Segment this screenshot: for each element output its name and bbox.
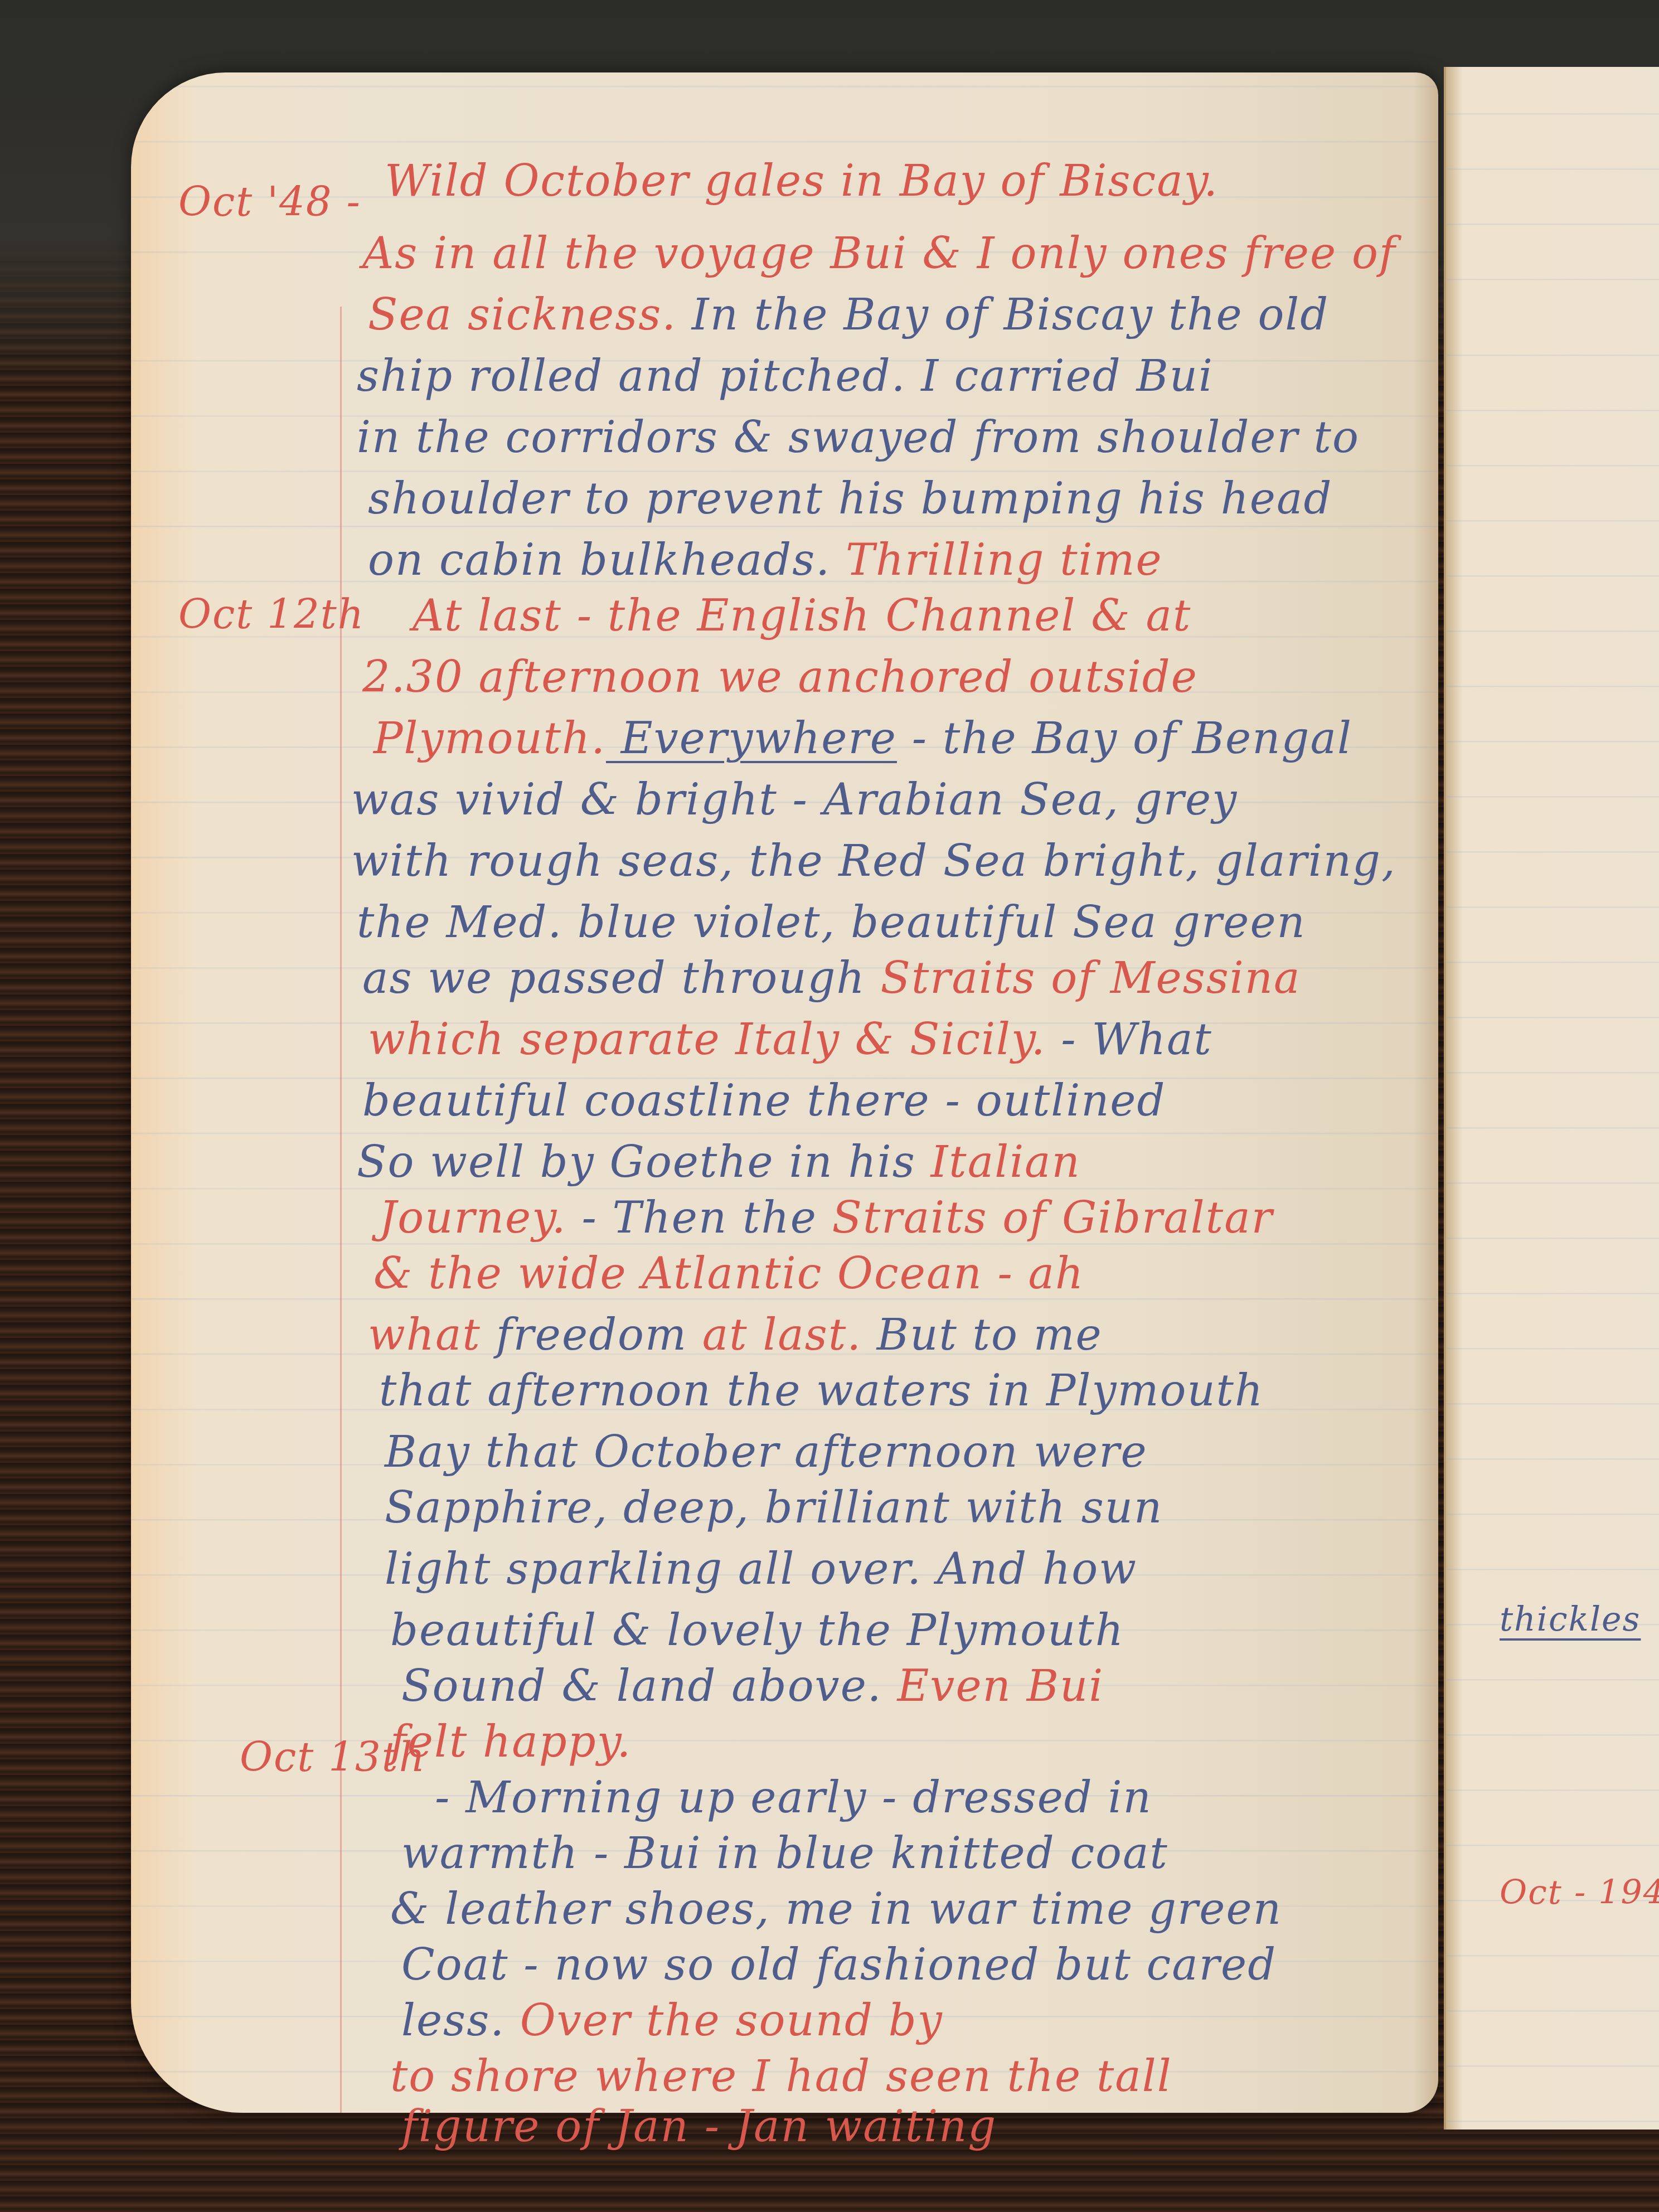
facing-page-line: Oct - 194 — [1500, 1873, 1659, 1912]
diary-line: which separate Italy & Sicily. - What — [368, 1015, 1212, 1065]
diary-line: less. Over the sound by — [401, 1996, 943, 2046]
ruled-lines — [1446, 67, 1659, 2129]
text-segment-blue: - Morning up early - dressed in — [435, 1773, 1152, 1823]
text-segment-blue: Bay that October afternoon were — [385, 1427, 1148, 1477]
diary-line: 2.30 afternoon we anchored outside — [362, 652, 1198, 702]
text-segment-red: felt happy. — [390, 1717, 632, 1767]
text-segment-red: Sea sickness. — [368, 290, 677, 340]
text-segment-blue: Sound & land above. — [401, 1661, 882, 1711]
diary-line: Wild October gales in Bay of Biscay. — [385, 156, 1219, 206]
diary-line: warmth - Bui in blue knitted coat — [401, 1828, 1168, 1879]
diary-line: - Morning up early - dressed in — [435, 1773, 1152, 1823]
diary-line: & leather shoes, me in war time green — [390, 1884, 1282, 1934]
diary-line: felt happy. — [390, 1717, 632, 1767]
diary-line: in the corridors & swayed from shoulder … — [357, 413, 1360, 463]
text-segment-blue: - What — [1046, 1015, 1212, 1065]
diary-line: Sapphire, deep, brilliant with sun — [385, 1483, 1163, 1533]
text-segment-blue: the Med. blue violet, beautiful Sea gree… — [357, 898, 1306, 948]
text-segment-red: to shore where I had seen the tall — [390, 2051, 1172, 2102]
text-segment-blue: was vivid & bright - Arabian Sea, grey — [351, 775, 1238, 825]
diary-line: shoulder to prevent his bumping his head — [368, 474, 1332, 524]
diary-line: with rough seas, the Red Sea bright, gla… — [351, 836, 1396, 886]
text-segment-red: Straits of Messina — [866, 953, 1301, 1003]
text-segment-blue: Everywhere — [606, 714, 897, 764]
margin-date: Oct '48 - — [178, 178, 361, 225]
diary-line: beautiful coastline there - outlined — [362, 1076, 1166, 1126]
text-segment-red: at last. — [687, 1310, 862, 1360]
diary-line: Sound & land above. Even Bui — [401, 1661, 1104, 1711]
diary-line: was vivid & bright - Arabian Sea, grey — [351, 775, 1238, 825]
diary-line: what freedom at last. But to me — [368, 1310, 1103, 1360]
diary-line: Coat - now so old fashioned but cared — [401, 1940, 1277, 1990]
text-segment-red: Straits of Gibraltar — [817, 1193, 1273, 1243]
diary-line: as we passed through Straits of Messina — [362, 953, 1301, 1003]
diary-line: Plymouth. Everywhere - the Bay of Bengal — [373, 714, 1352, 764]
text-segment-red: 2.30 afternoon we anchored outside — [362, 652, 1198, 702]
text-segment-blue: with rough seas, the Red Sea bright, gla… — [351, 836, 1396, 886]
diary-line: that afternoon the waters in Plymouth — [379, 1366, 1264, 1416]
diary-line: the Med. blue violet, beautiful Sea gree… — [357, 898, 1306, 948]
facing-page-line: thickles — [1500, 1600, 1641, 1639]
text-segment-red: Italian — [916, 1137, 1081, 1187]
text-segment-red: As in all the voyage Bui & I only ones f… — [362, 229, 1396, 279]
diary-line: Sea sickness. In the Bay of Biscay the o… — [368, 290, 1329, 340]
text-segment-blue: beautiful & lovely the Plymouth — [390, 1605, 1124, 1656]
text-segment-red: Wild October gales in Bay of Biscay. — [385, 156, 1219, 206]
diary-line: So well by Goethe in his Italian — [357, 1137, 1081, 1187]
text-segment-blue: warmth - Bui in blue knitted coat — [401, 1828, 1168, 1879]
text-segment-red: Even Bui — [882, 1661, 1104, 1711]
text-segment-blue: & leather shoes, me in war time green — [390, 1884, 1282, 1934]
text-segment-red: At last - the English Channel & at — [413, 591, 1191, 641]
margin-date: Oct 12th — [178, 591, 365, 638]
diary-line: figure of Jan - Jan waiting — [401, 2102, 997, 2152]
diary-line: Bay that October afternoon were — [385, 1427, 1148, 1477]
text-segment-blue: that afternoon the waters in Plymouth — [379, 1366, 1264, 1416]
diary-line: Journey. - Then the Straits of Gibraltar — [379, 1193, 1273, 1243]
diary-line: to shore where I had seen the tall — [390, 2051, 1172, 2102]
diary-line: ship rolled and pitched. I carried Bui — [357, 351, 1214, 401]
diary-line: As in all the voyage Bui & I only ones f… — [362, 229, 1396, 279]
text-segment-blue: But to me — [862, 1310, 1103, 1360]
diary-line: light sparkling all over. And how — [385, 1544, 1137, 1594]
text-segment-red: which separate Italy & Sicily. — [368, 1015, 1046, 1065]
diary-line: on cabin bulkheads. Thrilling time — [368, 535, 1163, 585]
text-segment-blue: freedom — [481, 1310, 687, 1360]
text-segment-blue: In the Bay of Biscay the old — [677, 290, 1329, 340]
red-margin-line — [340, 307, 342, 2113]
text-segment-red: what — [368, 1310, 481, 1360]
text-segment-blue: in the corridors & swayed from shoulder … — [357, 413, 1360, 463]
text-segment-blue: shoulder to prevent his bumping his head — [368, 474, 1332, 524]
text-segment-red: figure of Jan - Jan waiting — [401, 2102, 997, 2152]
text-segment-blue: less. — [401, 1996, 505, 2046]
text-segment-blue: ship rolled and pitched. I carried Bui — [357, 351, 1214, 401]
diary-line: beautiful & lovely the Plymouth — [390, 1605, 1124, 1656]
text-segment-blue: as we passed through — [362, 953, 866, 1003]
text-segment-red: & the wide Atlantic Ocean - ah — [373, 1249, 1084, 1299]
text-segment-blue: - the Bay of Bengal — [897, 714, 1352, 764]
diary-line: At last - the English Channel & at — [413, 591, 1191, 641]
diary-line: & the wide Atlantic Ocean - ah — [373, 1249, 1084, 1299]
diary-facing-page — [1444, 67, 1659, 2129]
text-segment-blue: on cabin bulkheads. — [368, 535, 831, 585]
text-segment-red: Journey. — [379, 1193, 567, 1243]
text-segment-blue: Coat - now so old fashioned but cared — [401, 1940, 1277, 1990]
text-segment-red: Plymouth. — [373, 714, 606, 764]
text-segment-blue: So well by Goethe in his — [357, 1137, 916, 1187]
text-segment-red: Thrilling time — [831, 535, 1163, 585]
text-segment-red: Over the sound by — [505, 1996, 943, 2046]
text-segment-blue: light sparkling all over. And how — [385, 1544, 1137, 1594]
text-segment-blue: - Then the — [567, 1193, 817, 1243]
text-segment-blue: Sapphire, deep, brilliant with sun — [385, 1483, 1163, 1533]
text-segment-blue: beautiful coastline there - outlined — [362, 1076, 1166, 1126]
